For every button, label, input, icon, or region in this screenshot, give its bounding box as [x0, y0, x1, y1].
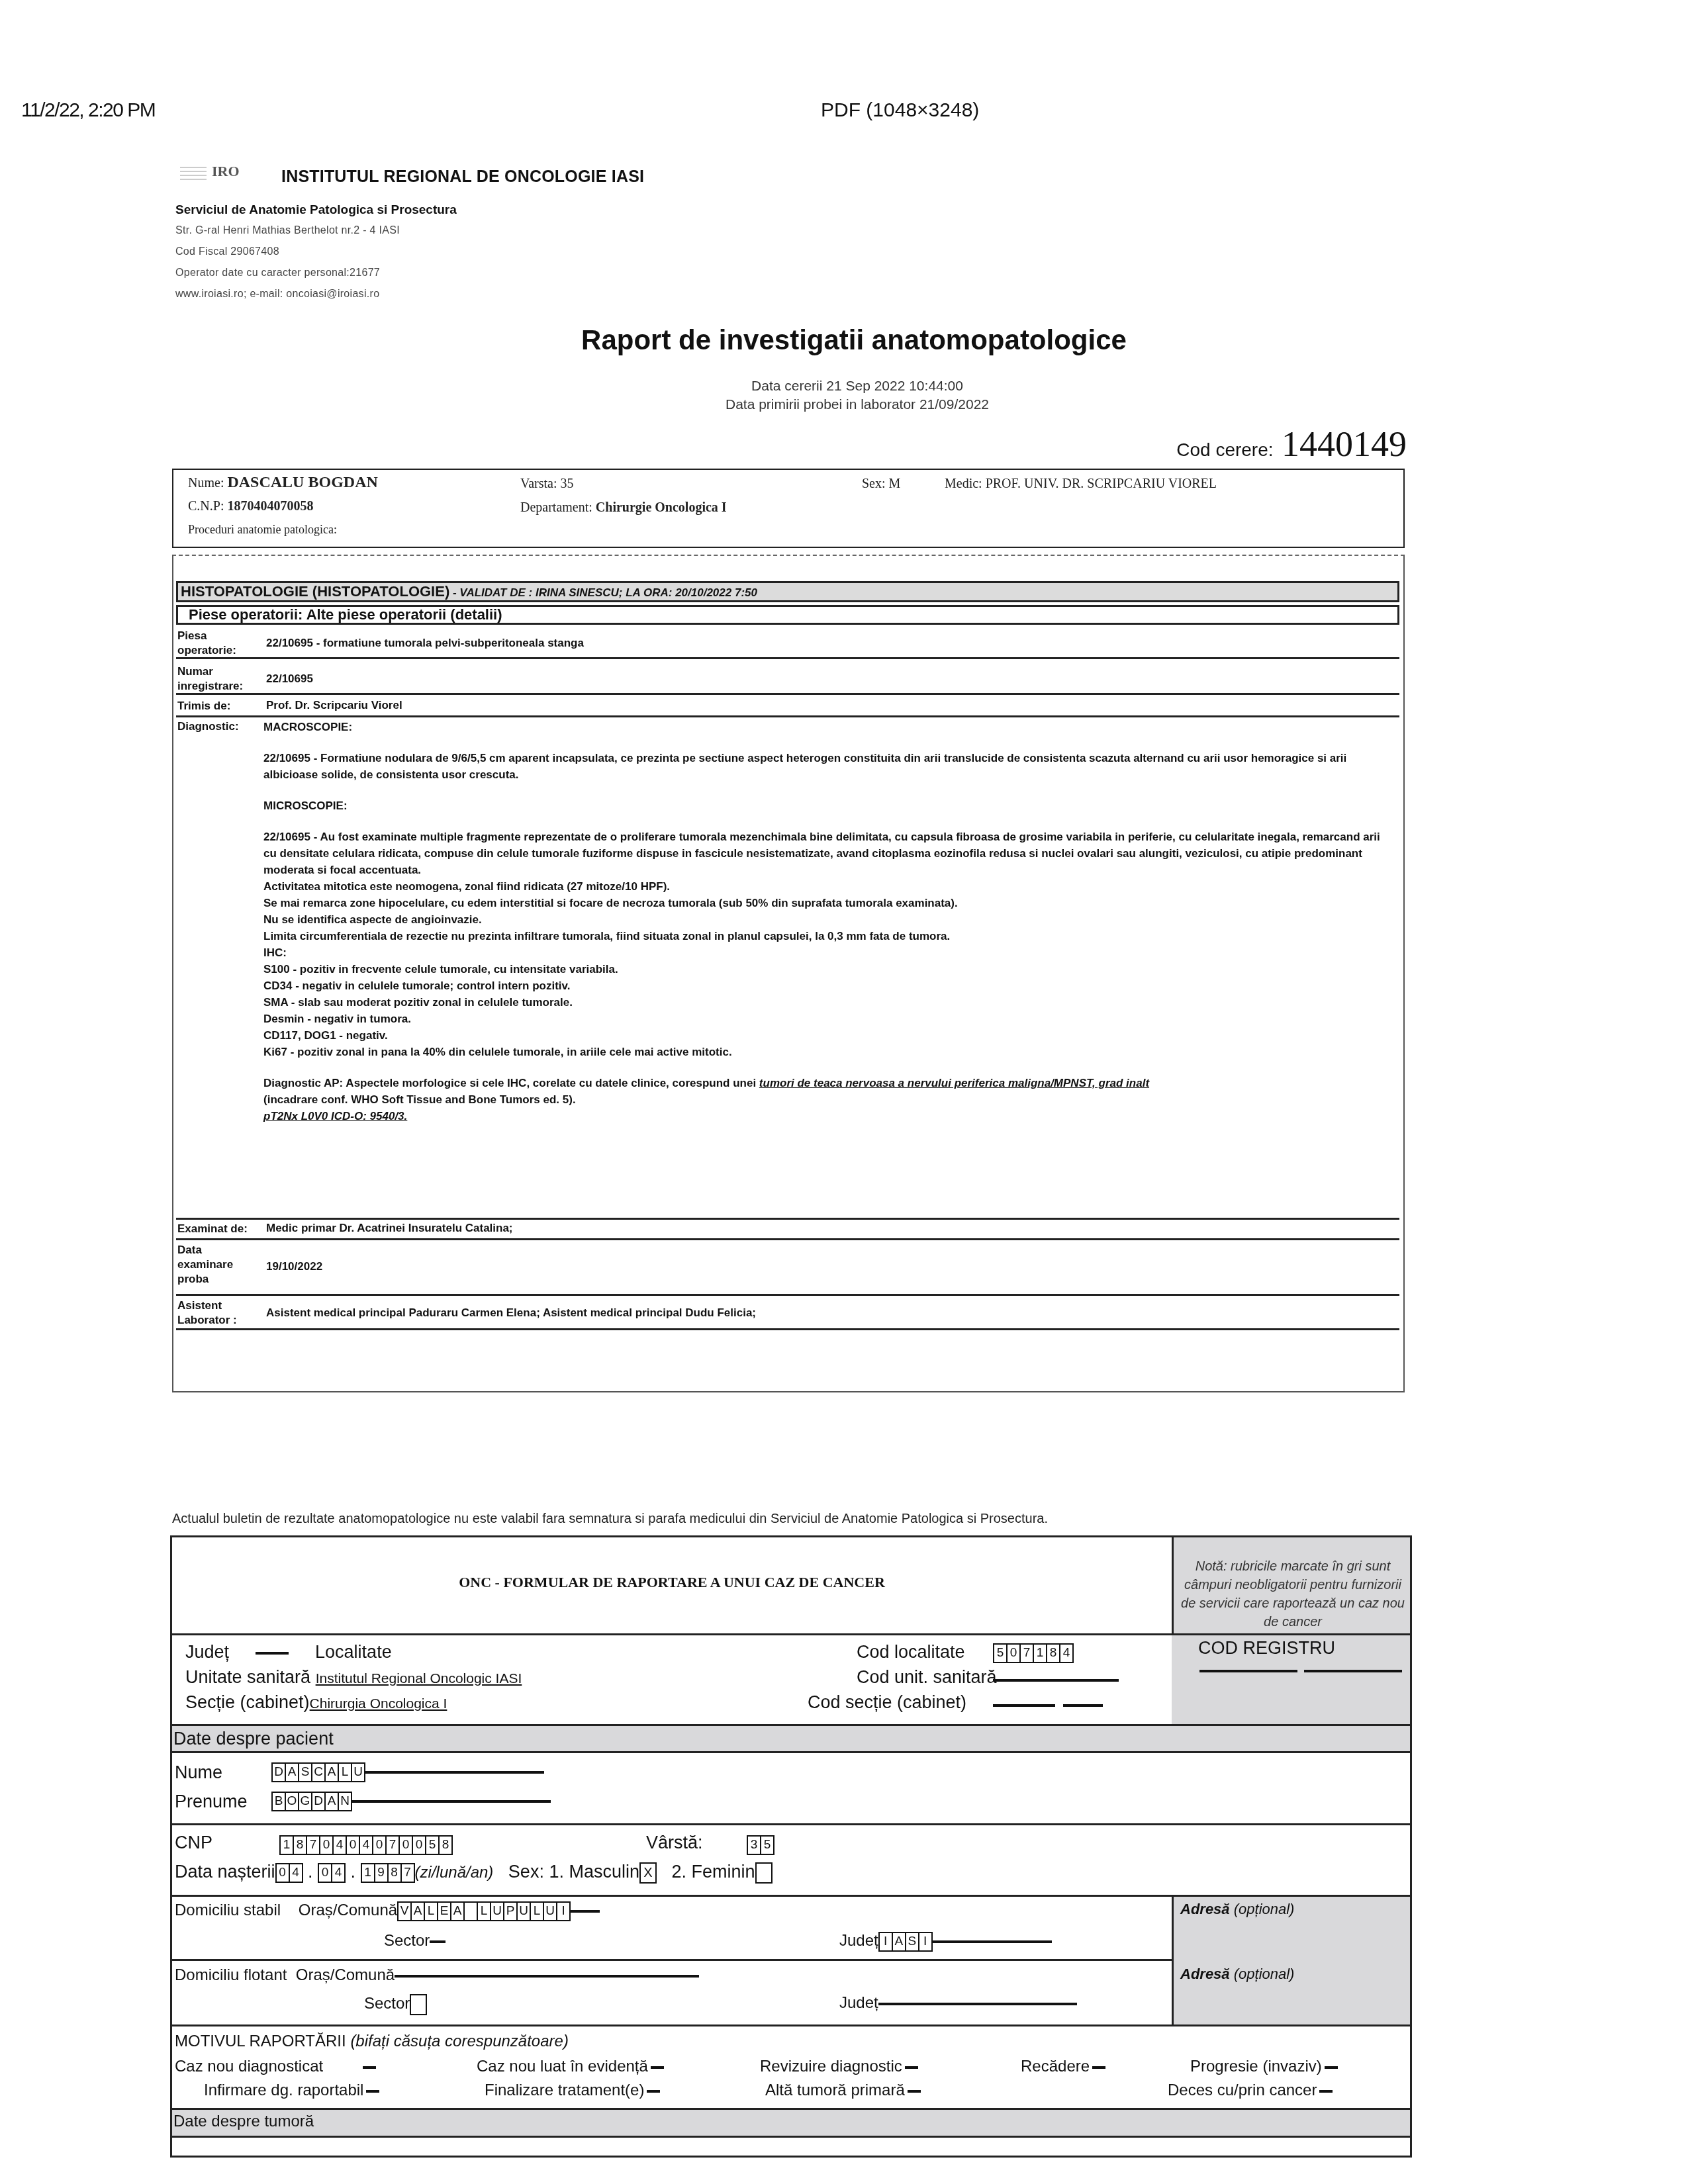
- patient-name: Nume: DASCALU BOGDAN: [188, 474, 378, 492]
- contact-line: www.iroiasi.ro; e-mail: oncoiasi@iroiasi…: [175, 289, 379, 300]
- row-data-examinare: Data examinare proba 19/10/2022: [176, 1242, 1399, 1296]
- row-asistent: Asistent Laborator : Asistent medical pr…: [176, 1297, 1399, 1330]
- cnp-boxes[interactable]: 1870404070058: [279, 1835, 453, 1855]
- cnp-label: CNP: [175, 1833, 212, 1853]
- pacient-header-bar: Date despre pacient: [172, 1726, 1410, 1752]
- char-box: U: [518, 1903, 531, 1920]
- divider: [172, 2025, 1410, 2026]
- judet-label: JudețLocalitate: [185, 1642, 392, 1662]
- char-box: 5: [994, 1645, 1008, 1662]
- cancer-report-form: Notă: rubricile marcate în gri sunt câmp…: [170, 1535, 1412, 2158]
- char-box: L: [339, 1764, 352, 1781]
- judet-flotant: Județ: [839, 1994, 1077, 2013]
- fiscal-code: Cod Fiscal 29067408: [175, 246, 279, 258]
- char-box: 5: [761, 1837, 773, 1854]
- nume-boxes[interactable]: DASCALU: [271, 1762, 544, 1782]
- divider: [176, 1218, 1399, 1220]
- char-box: 3: [748, 1837, 761, 1854]
- char-box: 0: [400, 1837, 413, 1854]
- address: Str. G-ral Henri Mathias Berthelot nr.2 …: [175, 225, 400, 237]
- char-box: 8: [294, 1837, 307, 1854]
- diagnostic-ap: Diagnostic AP: Aspectele morfologice si …: [263, 1075, 1395, 1091]
- pacient-header: Date despre pacient: [173, 1729, 334, 1749]
- patient-medic: Medic: PROF. UNIV. DR. SCRIPCARIU VIOREL: [945, 477, 1217, 492]
- cod-localitate-label: Cod localitate: [857, 1642, 965, 1662]
- char-box: 0: [1008, 1645, 1021, 1662]
- sectie-cabinet: Secție (cabinet)Chirurgia Oncologica I: [185, 1692, 447, 1713]
- motiv-recadere[interactable]: Recădere: [1021, 2058, 1105, 2076]
- patient-department: Departament: Chirurgie Oncologica I: [520, 500, 727, 516]
- char-box: 0: [373, 1837, 387, 1854]
- char-box: D: [312, 1793, 326, 1810]
- institute-name: INSTITUTUL REGIONAL DE ONCOLOGIE IASI: [281, 167, 644, 187]
- request-code: Cod cerere: 1440149: [1176, 424, 1407, 465]
- print-timestamp: 11/2/22, 2:20 PM: [21, 99, 155, 122]
- diagnostic-label: Diagnostic:: [177, 720, 239, 733]
- char-box: 5: [426, 1837, 440, 1854]
- char-box: 8: [440, 1837, 451, 1854]
- micro-title: MICROSCOPIE:: [263, 797, 1395, 814]
- char-box: L: [478, 1903, 491, 1920]
- prenume-boxes[interactable]: BOGDAN: [271, 1792, 551, 1811]
- numar-value: 22/10695: [266, 672, 313, 686]
- form-title: ONC - FORMULAR DE RAPORTARE A UNUI CAZ D…: [172, 1574, 1172, 1591]
- examinat-label: Examinat de:: [177, 1222, 248, 1236]
- char-box: 0: [347, 1837, 360, 1854]
- char-box: D: [273, 1764, 286, 1781]
- form-note: Notă: rubricile marcate în gri sunt câmp…: [1178, 1557, 1408, 1631]
- char-box: U: [352, 1764, 364, 1781]
- char-box: 1: [362, 1864, 375, 1882]
- micro-line: Se mai remarca zone hipocelulare, cu ede…: [263, 895, 1395, 911]
- request-code-value: 1440149: [1282, 424, 1407, 464]
- micro-line: Desmin - negativ in tumora.: [263, 1011, 1395, 1027]
- patient-age: Varsta: 35: [520, 477, 574, 492]
- char-box: A: [412, 1903, 425, 1920]
- char-box: I: [880, 1933, 893, 1950]
- char-box: 7: [1021, 1645, 1034, 1662]
- cod-sectie-label: Cod secție (cabinet): [808, 1692, 966, 1713]
- char-box: C: [312, 1764, 326, 1781]
- motiv-progresie[interactable]: Progresie (invaziv): [1190, 2058, 1338, 2076]
- char-box: A: [893, 1933, 906, 1950]
- char-box: 0: [320, 1837, 334, 1854]
- data-operator: Operator date cu caracter personal:21677: [175, 267, 380, 279]
- char-box: U: [544, 1903, 557, 1920]
- motiv-deces[interactable]: Deces cu/prin cancer: [1168, 2081, 1333, 2100]
- tumora-header-bar: Date despre tumoră: [172, 2110, 1410, 2136]
- char-box: 7: [387, 1837, 400, 1854]
- char-box: E: [438, 1903, 451, 1920]
- char-box: B: [273, 1793, 286, 1810]
- histopathology-box: HISTOPATOLOGIE (HISTOPATOLOGIE) - VALIDA…: [172, 555, 1405, 1392]
- diagnostic-ap-line2: (incadrare conf. WHO Soft Tissue and Bon…: [263, 1091, 1395, 1108]
- micro-line: 22/10695 - Au fost examinate multiple fr…: [263, 829, 1395, 878]
- examinat-value: Medic primar Dr. Acatrinei Insuratelu Ca…: [266, 1222, 513, 1235]
- logo-lines-icon: [180, 167, 207, 181]
- char-box: 8: [1047, 1645, 1060, 1662]
- motiv-infirmare[interactable]: Infirmare dg. raportabil: [204, 2081, 379, 2100]
- micro-line: Limita circumferentiala de rezectie nu p…: [263, 928, 1395, 944]
- adresa-cell: Adresă (opțional) Adresă (opțional): [1172, 1897, 1410, 2025]
- char-box: U: [491, 1903, 504, 1920]
- report-title: Raport de investigatii anatomopatologice: [0, 324, 1688, 356]
- logo-text: IRO: [212, 163, 240, 180]
- char-box: 4: [332, 1864, 344, 1882]
- motiv-alta-tumora[interactable]: Altă tumoră primară: [765, 2081, 921, 2100]
- patient-info-box: Nume: DASCALU BOGDAN C.N.P: 187040407005…: [172, 469, 1405, 548]
- micro-line: Nu se identifica aspecte de angioinvazie…: [263, 911, 1395, 928]
- cod-unit-field[interactable]: [993, 1679, 1119, 1682]
- char-box: L: [531, 1903, 544, 1920]
- validity-disclaimer: Actualul buletin de rezultate anatomopat…: [172, 1512, 1048, 1527]
- iro-logo: IRO: [180, 163, 253, 185]
- char-box: P: [504, 1903, 518, 1920]
- cod-registru-field-1[interactable]: [1199, 1670, 1297, 1672]
- asistent-value: Asistent medical principal Paduraru Carm…: [266, 1306, 756, 1320]
- char-box: 7: [402, 1864, 414, 1882]
- domiciliu-flotant: Domiciliu flotant Oraș/Comună: [175, 1966, 699, 1985]
- char-box: 4: [360, 1837, 373, 1854]
- cod-registru-label: COD REGISTRU: [1198, 1638, 1335, 1659]
- histopathology-header: HISTOPATOLOGIE (HISTOPATOLOGIE) - VALIDA…: [176, 581, 1399, 602]
- macro-text: 22/10695 - Formatiune nodulara de 9/6/5,…: [263, 750, 1395, 783]
- icd-code: pT2Nx L0V0 ICD-O: 9540/3.: [263, 1108, 1395, 1124]
- data-examinare-label: Data examinare proba: [177, 1243, 244, 1287]
- cod-localitate-boxes[interactable]: 507184: [993, 1643, 1074, 1663]
- macro-title: MACROSCOPIE:: [263, 719, 1395, 735]
- varsta-label: Vârstă:: [646, 1833, 703, 1853]
- char-box: A: [326, 1793, 339, 1810]
- row-trimis: Trimis de: Prof. Dr. Scripcariu Viorel: [176, 698, 1399, 717]
- data-nasterii: Data nașterii04 . 04 . 1987(zi/lună/an) …: [175, 1862, 773, 1884]
- piesa-label: Piesa operatorie:: [177, 629, 257, 658]
- char-box: 0: [277, 1864, 290, 1882]
- divider: [172, 1751, 1410, 1753]
- char-box: A: [326, 1764, 339, 1781]
- trimis-label: Trimis de:: [177, 699, 230, 713]
- char-box: 1: [281, 1837, 294, 1854]
- char-box: N: [339, 1793, 351, 1810]
- micro-line: CD117, DOG1 - negativ.: [263, 1027, 1395, 1044]
- sex-feminin-checkbox[interactable]: [755, 1862, 773, 1884]
- adresa-flotant-label: Adresă (opțional): [1180, 1966, 1294, 1983]
- numar-label: Numar inregistrare:: [177, 664, 263, 694]
- motiv-caz-nou-diagnosticat[interactable]: Caz nou diagnosticat: [175, 2058, 376, 2076]
- service-name: Serviciul de Anatomie Patologica si Pros…: [175, 203, 457, 218]
- motiv-title: MOTIVUL RAPORTĂRII (bifați căsuța coresp…: [175, 2032, 569, 2051]
- micro-line: IHC:: [263, 944, 1395, 961]
- sector-flotant: Sector: [364, 1994, 427, 2015]
- divider: [172, 1823, 1410, 1825]
- row-examinat: Examinat de: Medic primar Dr. Acatrinei …: [176, 1220, 1399, 1240]
- sector-stabil: Sector: [384, 1932, 445, 1950]
- cod-registru-field-2[interactable]: [1304, 1670, 1402, 1672]
- char-box: I: [919, 1933, 931, 1950]
- cod-sectie-field-2[interactable]: [1063, 1704, 1103, 1707]
- micro-line: CD34 - negativ in celulele tumorale; con…: [263, 978, 1395, 994]
- char-box: 1: [1034, 1645, 1047, 1662]
- patient-cnp: C.N.P: 1870404070058: [188, 499, 313, 514]
- patient-sex: Sex: M: [862, 477, 900, 492]
- domiciliu-stabil: Domiciliu stabil Oraș/ComunăVALEA LUPULU…: [175, 1901, 600, 1921]
- adresa-stabil-label: Adresă (opțional): [1180, 1901, 1294, 1918]
- cod-unit-label: Cod unit. sanitară: [857, 1667, 997, 1688]
- operative-pieces-subheader: Piese operatorii: Alte piese operatorii …: [176, 605, 1399, 625]
- char-box: L: [425, 1903, 438, 1920]
- char-box: V: [399, 1903, 412, 1920]
- char-box: 0: [319, 1864, 332, 1882]
- char-box: 7: [307, 1837, 320, 1854]
- sex-masculin-checkbox[interactable]: X: [639, 1862, 657, 1884]
- piesa-value: 22/10695 - formatiune tumorala pelvi-sub…: [266, 637, 584, 650]
- motiv-revizuire[interactable]: Revizuire diagnostic: [760, 2058, 918, 2076]
- prenume-label: Prenume: [175, 1792, 248, 1812]
- micro-line: SMA - slab sau moderat pozitiv zonal in …: [263, 994, 1395, 1011]
- char-box: 4: [290, 1864, 302, 1882]
- pdf-info: PDF (1048×3248): [821, 99, 979, 122]
- char-box: [465, 1903, 478, 1920]
- received-date: Data primirii probei in laborator 21/09/…: [0, 397, 1688, 413]
- cod-sectie-field-1[interactable]: [993, 1704, 1055, 1707]
- data-examinare-value: 19/10/2022: [266, 1260, 322, 1273]
- trimis-value: Prof. Dr. Scripcariu Viorel: [266, 699, 402, 712]
- tumora-header: Date despre tumoră: [173, 2113, 314, 2131]
- char-box: 0: [413, 1837, 426, 1854]
- char-box: 4: [1060, 1645, 1072, 1662]
- sector-flotant-checkbox[interactable]: [410, 1994, 427, 2015]
- char-box: A: [286, 1764, 299, 1781]
- char-box: 9: [375, 1864, 389, 1882]
- judet-stabil: JudețIASI: [839, 1932, 1052, 1952]
- asistent-label: Asistent Laborator :: [177, 1298, 257, 1328]
- nume-label: Nume: [175, 1762, 222, 1783]
- char-box: I: [557, 1903, 569, 1920]
- char-box: 8: [389, 1864, 402, 1882]
- char-box: 4: [334, 1837, 347, 1854]
- char-box: S: [299, 1764, 312, 1781]
- unitate-sanitara: Unitate sanitară Institutul Regional Onc…: [185, 1667, 522, 1688]
- request-date: Data cererii 21 Sep 2022 10:44:00: [0, 379, 1688, 394]
- micro-line: S100 - pozitiv in frecvente celule tumor…: [263, 961, 1395, 978]
- char-box: O: [286, 1793, 299, 1810]
- motiv-caz-nou-evidenta[interactable]: Caz nou luat în evidență: [477, 2058, 664, 2076]
- divider: [172, 2136, 1410, 2138]
- char-box: A: [451, 1903, 465, 1920]
- motiv-finalizare[interactable]: Finalizare tratament(e): [485, 2081, 660, 2100]
- procedures-label: Proceduri anatomie patologica:: [188, 523, 337, 537]
- diagnostic-text: MACROSCOPIE: 22/10695 - Formatiune nodul…: [263, 719, 1395, 1124]
- row-numar: Numar inregistrare: 22/10695: [176, 663, 1399, 695]
- request-code-label: Cod cerere:: [1176, 439, 1273, 460]
- micro-line: Ki67 - pozitiv zonal in pana la 40% din …: [263, 1044, 1395, 1060]
- micro-line: Activitatea mitotica este neomogena, zon…: [263, 878, 1395, 895]
- char-box: G: [299, 1793, 312, 1810]
- char-box: S: [906, 1933, 919, 1950]
- row-piesa: Piesa operatorie: 22/10695 - formatiune …: [176, 629, 1399, 659]
- divider: [172, 1959, 1172, 1961]
- varsta-boxes[interactable]: 35: [747, 1835, 774, 1855]
